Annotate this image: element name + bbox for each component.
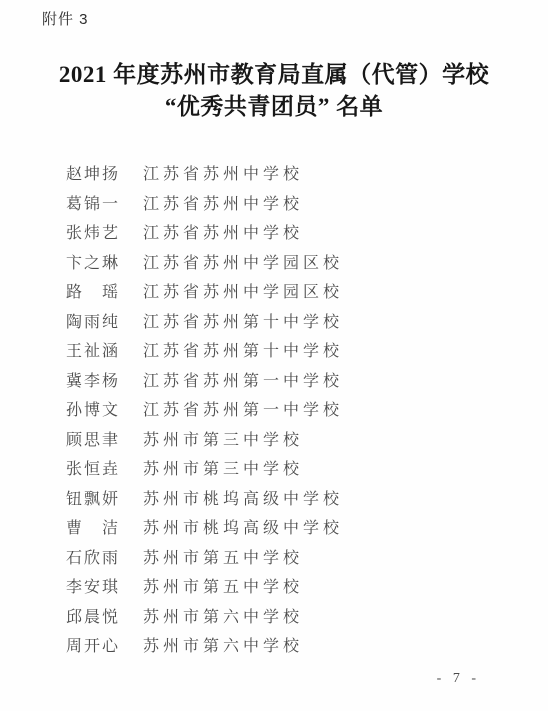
awardee-school: 苏州市第六中学校 bbox=[143, 604, 303, 627]
awardee-school: 江苏省苏州第一中学校 bbox=[143, 397, 343, 420]
list-item: 陶雨纯 江苏省苏州第十中学校 bbox=[66, 306, 548, 336]
list-item: 冀李杨 江苏省苏州第一中学校 bbox=[66, 365, 548, 395]
awardee-school: 苏州市第三中学校 bbox=[143, 456, 303, 479]
title-line-1: 2021 年度苏州市教育局直属（代管）学校 bbox=[0, 59, 548, 91]
awardee-name: 张炜艺 bbox=[66, 220, 143, 243]
awardee-school: 江苏省苏州中学校 bbox=[143, 220, 303, 243]
awardee-school: 苏州市桃坞高级中学校 bbox=[143, 486, 343, 509]
page-number: - 7 - bbox=[437, 671, 480, 687]
list-item: 赵坤扬 江苏省苏州中学校 bbox=[66, 158, 548, 188]
awardee-name: 邱晨悦 bbox=[66, 604, 143, 627]
awardee-school: 江苏省苏州第一中学校 bbox=[143, 368, 343, 391]
awardee-name: 路 瑶 bbox=[66, 279, 143, 302]
list-item: 石欣雨 苏州市第五中学校 bbox=[66, 542, 548, 572]
awardee-school: 江苏省苏州中学园区校 bbox=[143, 279, 343, 302]
awardee-school: 苏州市第五中学校 bbox=[143, 545, 303, 568]
list-item: 王祉涵 江苏省苏州第十中学校 bbox=[66, 335, 548, 365]
list-item: 邱晨悦 苏州市第六中学校 bbox=[66, 601, 548, 631]
awardee-name: 顾思聿 bbox=[66, 427, 143, 450]
awardee-school: 苏州市第六中学校 bbox=[143, 633, 303, 656]
list-item: 钮飘妍 苏州市桃坞高级中学校 bbox=[66, 483, 548, 513]
awardee-list: 赵坤扬 江苏省苏州中学校 葛锦一 江苏省苏州中学校 张炜艺 江苏省苏州中学校 卞… bbox=[66, 158, 548, 660]
awardee-school: 江苏省苏州中学校 bbox=[143, 191, 303, 214]
list-item: 卞之琳 江苏省苏州中学园区校 bbox=[66, 247, 548, 277]
list-item: 周开心 苏州市第六中学校 bbox=[66, 630, 548, 660]
awardee-school: 江苏省苏州第十中学校 bbox=[143, 309, 343, 332]
list-item: 路 瑶 江苏省苏州中学园区校 bbox=[66, 276, 548, 306]
awardee-name: 赵坤扬 bbox=[66, 161, 143, 184]
awardee-name: 周开心 bbox=[66, 633, 143, 656]
title-line-2: “优秀共青团员” 名单 bbox=[0, 91, 548, 123]
list-item: 葛锦一 江苏省苏州中学校 bbox=[66, 188, 548, 218]
document-title: 2021 年度苏州市教育局直属（代管）学校 “优秀共青团员” 名单 bbox=[0, 59, 548, 123]
list-item: 张恒垚 苏州市第三中学校 bbox=[66, 453, 548, 483]
document-page: 附件 3 2021 年度苏州市教育局直属（代管）学校 “优秀共青团员” 名单 赵… bbox=[0, 0, 548, 711]
awardee-name: 王祉涵 bbox=[66, 338, 143, 361]
awardee-name: 曹 洁 bbox=[66, 515, 143, 538]
list-item: 曹 洁 苏州市桃坞高级中学校 bbox=[66, 512, 548, 542]
awardee-name: 石欣雨 bbox=[66, 545, 143, 568]
list-item: 顾思聿 苏州市第三中学校 bbox=[66, 424, 548, 454]
awardee-name: 陶雨纯 bbox=[66, 309, 143, 332]
list-item: 张炜艺 江苏省苏州中学校 bbox=[66, 217, 548, 247]
awardee-name: 卞之琳 bbox=[66, 250, 143, 273]
awardee-name: 张恒垚 bbox=[66, 456, 143, 479]
attachment-label: 附件 3 bbox=[42, 8, 89, 29]
list-item: 李安琪 苏州市第五中学校 bbox=[66, 571, 548, 601]
awardee-name: 孙博文 bbox=[66, 397, 143, 420]
awardee-school: 苏州市第五中学校 bbox=[143, 574, 303, 597]
awardee-name: 葛锦一 bbox=[66, 191, 143, 214]
awardee-school: 江苏省苏州中学校 bbox=[143, 161, 303, 184]
awardee-school: 江苏省苏州第十中学校 bbox=[143, 338, 343, 361]
awardee-school: 苏州市第三中学校 bbox=[143, 427, 303, 450]
awardee-school: 苏州市桃坞高级中学校 bbox=[143, 515, 343, 538]
awardee-name: 李安琪 bbox=[66, 574, 143, 597]
list-item: 孙博文 江苏省苏州第一中学校 bbox=[66, 394, 548, 424]
awardee-school: 江苏省苏州中学园区校 bbox=[143, 250, 343, 273]
awardee-name: 冀李杨 bbox=[66, 368, 143, 391]
awardee-name: 钮飘妍 bbox=[66, 486, 143, 509]
